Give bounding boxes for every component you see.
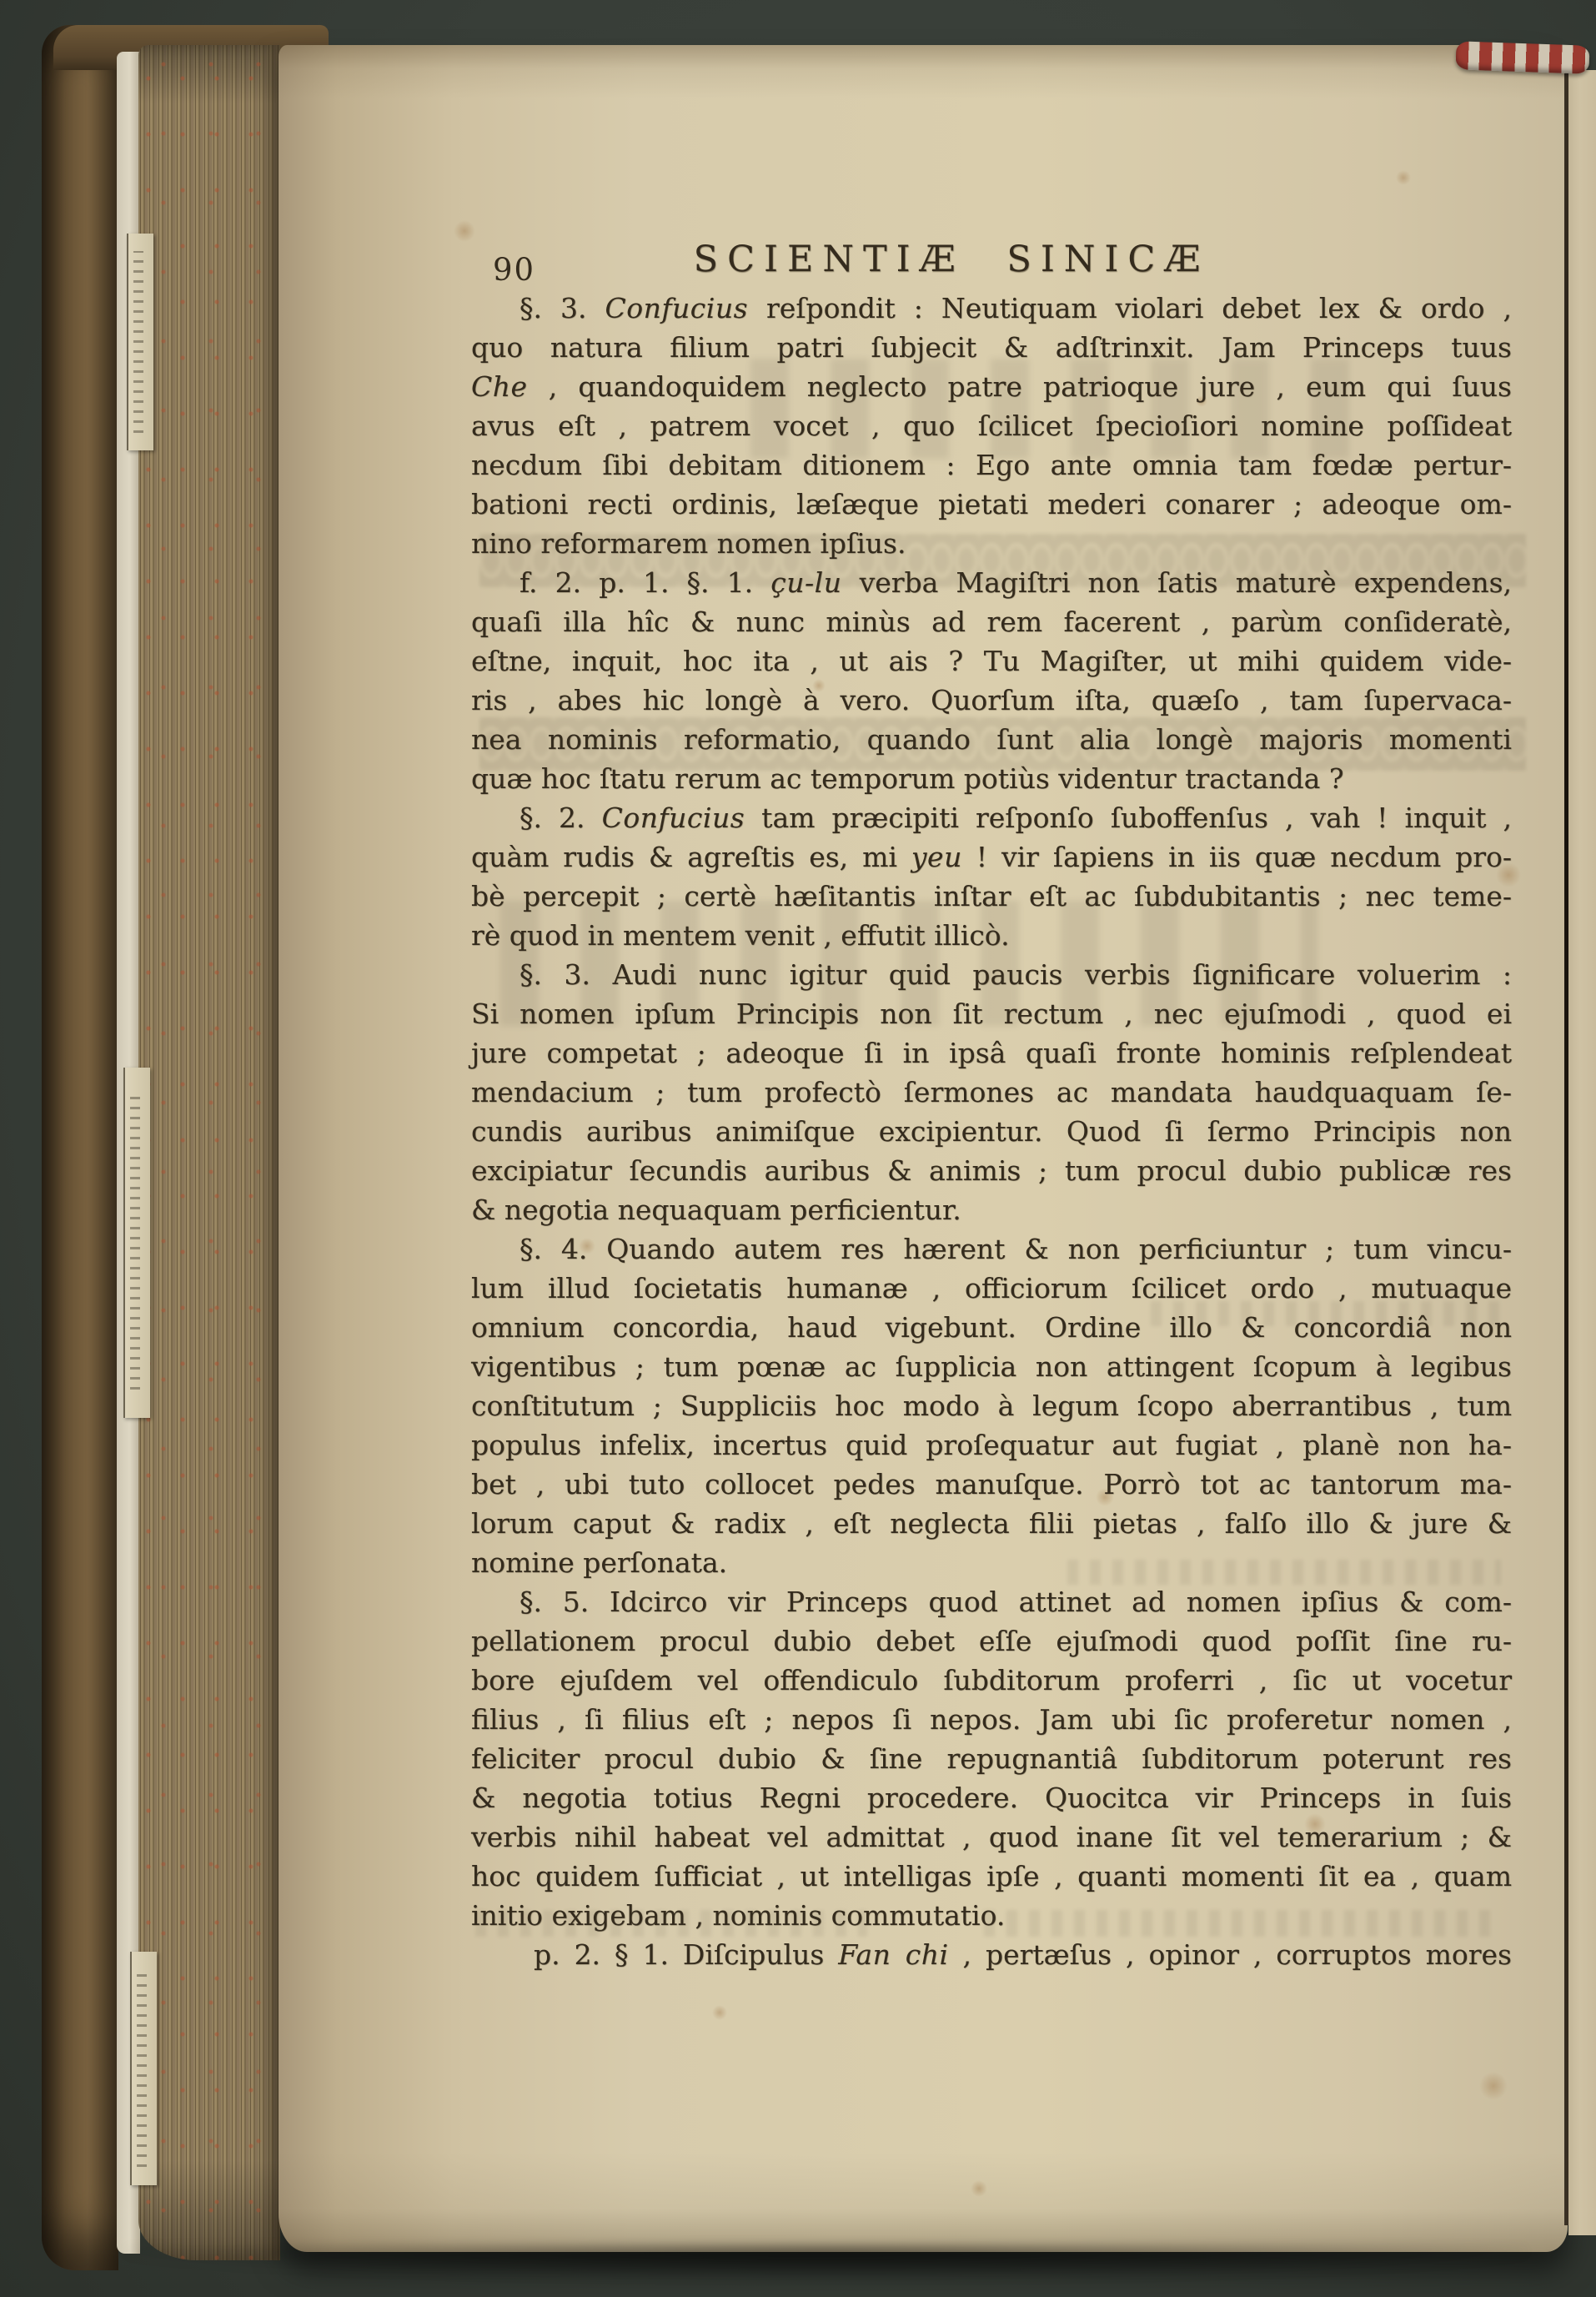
text-line: feliciter procul dubio & ſine repugnanti… xyxy=(471,1739,1512,1778)
text-line: conſtitutum ; Suppliciis hoc modo à legu… xyxy=(471,1386,1512,1425)
text-line: avus eſt , patrem vocet , quo ſcilicet ſ… xyxy=(471,406,1512,445)
text-line: necdum ſibi debitam ditionem : Ego ante … xyxy=(471,445,1512,485)
text-line: p. 2. § 1. Diſcipulus Fan chi , pertæſus… xyxy=(471,1935,1512,1974)
page-header: 90 SCIENTIÆ SINICÆ xyxy=(471,239,1512,289)
fragment-print-marks xyxy=(137,1970,147,2166)
text-line: bore ejuſdem vel offendiculo ſubditorum … xyxy=(471,1661,1512,1700)
paragraph: f. 2. p. 1. §. 1. çu-lu verba Magiſtri n… xyxy=(471,563,1512,798)
paragraph: p. 2. § 1. Diſcipulus Fan chi , pertæſus… xyxy=(471,1935,1512,1974)
text-line: §. 2. Confucius tam præcipiti reſponſo ſ… xyxy=(471,798,1512,837)
facing-page-edge xyxy=(1568,70,1596,2235)
text-line: lum illud ſocietatis humanæ , officiorum… xyxy=(471,1269,1512,1308)
text-line: pellationem procul dubio debet eſſe ejuſ… xyxy=(471,1621,1512,1661)
text-line: filius , ſi filius eſt ; nepos ſi nepos.… xyxy=(471,1700,1512,1739)
text-line: excipiatur ſecundis auribus & animis ; t… xyxy=(471,1151,1512,1190)
text-line: bet , ubi tuto collocet pedes manuſque. … xyxy=(471,1465,1512,1504)
torn-page-fragment xyxy=(130,1952,157,2185)
text-line: quàm rudis & agreſtis es, mi yeu ! vir ſ… xyxy=(471,837,1512,877)
text-line: quaſi illa hîc & nunc minùs ad rem facer… xyxy=(471,602,1512,641)
text-line: Che , quandoquidem neglecto patre patrio… xyxy=(471,367,1512,406)
text-line: bationi recti ordinis, læſæque pietati m… xyxy=(471,485,1512,524)
text-line: & negotia nequaquam perficientur. xyxy=(471,1190,1512,1229)
paragraph: §. 5. Idcirco vir Princeps quod attinet … xyxy=(471,1582,1512,1935)
text-line: nomine perſonata. xyxy=(471,1543,1512,1582)
headband xyxy=(1455,41,1589,74)
text-line: initio exigebam , nominis commutatio. xyxy=(471,1896,1512,1935)
text-line: verbis nihil habeat vel admittat , quod … xyxy=(471,1817,1512,1857)
book-cover-edge xyxy=(42,25,118,2270)
text-line: mendacium ; tum profectò ſermones ac man… xyxy=(471,1073,1512,1112)
text-line: quæ hoc ſtatu rerum ac temporum potiùs v… xyxy=(471,759,1512,798)
fragment-print-marks xyxy=(130,1096,140,1390)
text-line: §. 3. Confucius reſpondit : Neutiquam vi… xyxy=(471,289,1512,328)
book-shadow xyxy=(125,2247,1526,2277)
fragment-print-marks xyxy=(133,251,143,433)
torn-page-fragment xyxy=(123,1068,150,1418)
text-line: eſtne, inquit, hoc ita , ut ais ? Tu Mag… xyxy=(471,641,1512,681)
text-line: Si nomen ipſum Principis non ſit rectum … xyxy=(471,994,1512,1033)
page-block-fore-edge xyxy=(138,45,280,2260)
text-line: vigentibus ; tum pœnæ ac ſupplicia non a… xyxy=(471,1347,1512,1386)
text-line: bè percepit ; certè hæſitantis inſtar eſ… xyxy=(471,877,1512,916)
text-line: §. 5. Idcirco vir Princeps quod attinet … xyxy=(471,1582,1512,1621)
text-line: lorum caput & radix , eſt neglecta filii… xyxy=(471,1504,1512,1543)
text-line: cundis auribus animiſque excipientur. Qu… xyxy=(471,1112,1512,1151)
text-line: populus infelix, incertus quid proſequat… xyxy=(471,1425,1512,1465)
running-title: SCIENTIÆ SINICÆ xyxy=(431,239,1472,280)
text-line: nino reformarem nomen ipſius. xyxy=(471,524,1512,563)
text-block: §. 3. Confucius reſpondit : Neutiquam vi… xyxy=(471,289,1512,1974)
text-line: ris , abes hic longè à vero. Quorſum iſt… xyxy=(471,681,1512,720)
text-line: quo natura filium patri ſubjecit & adſtr… xyxy=(471,328,1512,367)
text-line: & negotia totius Regni procedere. Quocit… xyxy=(471,1778,1512,1817)
paragraph: §. 4. Quando autem res hærent & non perf… xyxy=(471,1229,1512,1582)
text-line: f. 2. p. 1. §. 1. çu-lu verba Magiſtri n… xyxy=(471,563,1512,602)
text-line: jure competat ; adeoque ſi in ipsâ quaſi… xyxy=(471,1033,1512,1073)
paragraph: §. 3. Confucius reſpondit : Neutiquam vi… xyxy=(471,289,1512,563)
text-line: §. 4. Quando autem res hærent & non perf… xyxy=(471,1229,1512,1269)
text-line: hoc quidem ſufficiat , ut intelligas ipſ… xyxy=(471,1857,1512,1896)
text-line: omnium concordia, haud vigebunt. Ordine … xyxy=(471,1308,1512,1347)
text-line: §. 3. Audi nunc igitur quid paucis verbi… xyxy=(471,955,1512,994)
paragraph: §. 3. Audi nunc igitur quid paucis verbi… xyxy=(471,955,1512,1229)
paragraph: §. 2. Confucius tam præcipiti reſponſo ſ… xyxy=(471,798,1512,955)
book-scan: 90 SCIENTIÆ SINICÆ §. 3. Confucius reſpo… xyxy=(0,0,1596,2297)
text-line: rè quod in mentem venit , effutit illicò… xyxy=(471,916,1512,955)
torn-page-fragment xyxy=(127,234,153,450)
text-line: nea nominis reformatio, quando ſunt alia… xyxy=(471,720,1512,759)
